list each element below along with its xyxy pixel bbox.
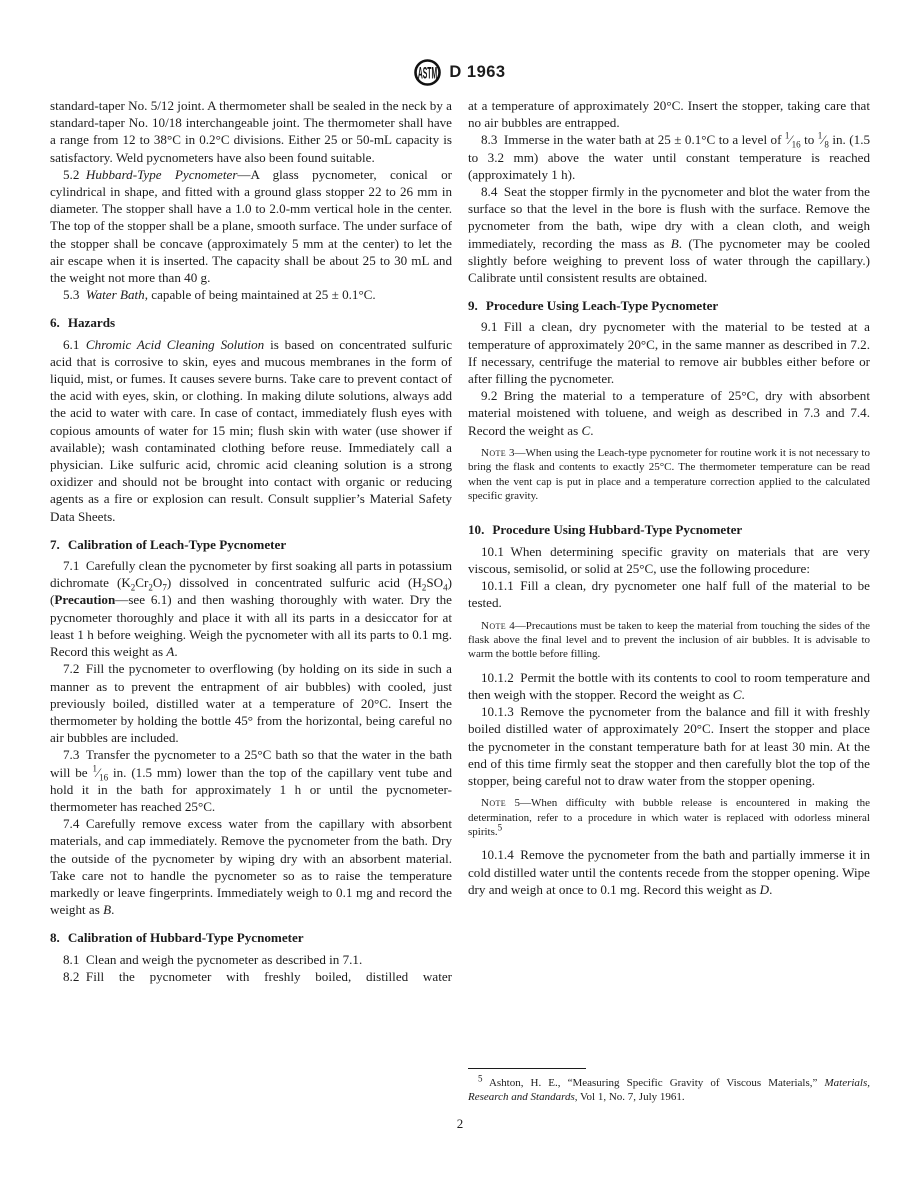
text-run: Hubbard-Type Pycnometer (86, 167, 238, 182)
page-header: ASTM D 1963 (0, 0, 920, 87)
text-run: is based on concentrated sulfuric acid t… (50, 337, 452, 524)
text-run: 16 (792, 140, 801, 150)
text-run: 9.2 Bring the material to a temperature … (468, 388, 870, 437)
text-run: Note (481, 447, 506, 459)
body-paragraph: at a temperature of approximately 20°C. … (468, 97, 870, 131)
text-run: 16 (99, 772, 108, 782)
footnote: 5 Ashton, H. E., “Measuring Specific Gra… (468, 1068, 870, 1105)
two-column-body: standard-taper No. 5/12 joint. A thermom… (0, 87, 920, 1105)
text-run: 9.1 Fill a clean, dry pycnometer with th… (468, 319, 870, 386)
text-run: 5 (498, 822, 503, 832)
text-run: 5.3 (63, 287, 86, 302)
text-run: 3—When using the Leach-type pycnometer f… (468, 447, 870, 502)
page-number: 2 (0, 1116, 920, 1132)
text-run: . (741, 687, 744, 702)
document-page: ASTM D 1963 standard-taper No. 5/12 join… (0, 0, 920, 1191)
section-heading: 10.Procedure Using Hubbard-Type Pycnomet… (468, 521, 870, 538)
section-title: Calibration of Leach-Type Pycnometer (68, 537, 286, 552)
section-heading: 8.Calibration of Hubbard-Type Pycnometer (50, 929, 452, 946)
section-heading: 9.Procedure Using Leach-Type Pycnometer (468, 297, 870, 314)
text-run: 8.1 Clean and weigh the pycnometer as de… (63, 952, 362, 967)
text-run: 10.1.3 Remove the pycnometer from the ba… (468, 704, 870, 788)
text-run: SO (426, 575, 443, 590)
section-number: 9. (468, 298, 478, 313)
text-run: 5—When difficulty with bubble release is… (468, 797, 870, 838)
text-run: Note (481, 620, 506, 632)
text-run: Water Bath (86, 287, 145, 302)
text-run: 5.2 (63, 167, 86, 182)
body-paragraph: 7.1 Carefully clean the pycnometer by fi… (50, 557, 452, 660)
body-paragraph: 10.1.2 Permit the bottle with its conten… (468, 669, 870, 703)
body-paragraph: 8.1 Clean and weigh the pycnometer as de… (50, 951, 452, 968)
body-paragraph: standard-taper No. 5/12 joint. A thermom… (50, 97, 452, 166)
section-number: 6. (50, 315, 60, 330)
text-run: standard-taper No. 5/12 joint. A thermom… (50, 98, 452, 165)
text-run: in. (1.5 mm) lower than the top of the c… (50, 765, 452, 814)
text-run: . (111, 902, 114, 917)
text-run: Ashton, H. E., “Measuring Specific Gravi… (483, 1077, 825, 1089)
section-number: 7. (50, 537, 60, 552)
body-paragraph: 8.3 Immerse in the water bath at 25 ± 0.… (468, 131, 870, 183)
text-run: to (801, 132, 818, 147)
footnote-text: 5 Ashton, H. E., “Measuring Specific Gra… (468, 1076, 870, 1105)
body-paragraph: 7.2 Fill the pycnometer to overflowing (… (50, 660, 452, 746)
text-run: , Vol 1, No. 7, July 1961. (575, 1091, 685, 1103)
text-run: 8.3 Immerse in the water bath at 25 ± 0.… (481, 132, 785, 147)
body-paragraph: 10.1 When determining specific gravity o… (468, 543, 870, 577)
body-paragraph: 8.2 Fill the pycnometer with freshly boi… (50, 968, 452, 985)
note-paragraph: Note 5—When difficulty with bubble relea… (468, 796, 870, 839)
text-run: Chromic Acid Cleaning Solution (86, 337, 264, 352)
text-run: 7.2 Fill the pycnometer to overflowing (… (50, 661, 452, 745)
text-run: . (769, 882, 772, 897)
body-paragraph: 5.2 Hubbard-Type Pycnometer—A glass pycn… (50, 166, 452, 286)
body-paragraph: 7.3 Transfer the pycnometer to a 25°C ba… (50, 746, 452, 815)
text-run: . (590, 423, 593, 438)
text-run: C (581, 423, 590, 438)
text-run: 10.1.2 Permit the bottle with its conten… (468, 670, 870, 702)
section-title: Procedure Using Leach-Type Pycnometer (486, 298, 718, 313)
body-paragraph: 9.1 Fill a clean, dry pycnometer with th… (468, 318, 870, 387)
text-run: 6.1 (63, 337, 86, 352)
text-run: 10.1.1 Fill a clean, dry pycnometer one … (468, 578, 870, 610)
body-paragraph: 7.4 Carefully remove excess water from t… (50, 815, 452, 918)
body-paragraph: 6.1 Chromic Acid Cleaning Solution is ba… (50, 336, 452, 525)
text-run: 10.1 When determining specific gravity o… (468, 544, 870, 576)
body-paragraph: 10.1.4 Remove the pycnometer from the ba… (468, 846, 870, 898)
body-paragraph: 9.2 Bring the material to a temperature … (468, 387, 870, 439)
footnote-rule (468, 1068, 586, 1069)
text-run: 10.1.4 Remove the pycnometer from the ba… (468, 847, 870, 896)
text-run: Note (481, 797, 506, 809)
section-heading: 6.Hazards (50, 314, 452, 331)
text-run: O (153, 575, 162, 590)
text-run: , capable of being maintained at 25 ± 0.… (145, 287, 376, 302)
doc-number: D 1963 (449, 63, 505, 82)
text-run: Cr (135, 575, 148, 590)
text-run: D (760, 882, 769, 897)
svg-text:ASTM: ASTM (418, 62, 437, 82)
section-number: 8. (50, 930, 60, 945)
note-paragraph: Note 4—Precautions must be taken to keep… (468, 619, 870, 662)
body-paragraph: 10.1.3 Remove the pycnometer from the ba… (468, 703, 870, 789)
section-number: 10. (468, 522, 484, 537)
section-heading: 7.Calibration of Leach-Type Pycnometer (50, 536, 452, 553)
text-run: B (671, 236, 679, 251)
section-title: Hazards (68, 315, 115, 330)
text-run: at a temperature of approximately 20°C. … (468, 98, 870, 130)
section-title: Procedure Using Hubbard-Type Pycnometer (492, 522, 742, 537)
text-run: 4—Precautions must be taken to keep the … (468, 620, 870, 661)
section-title: Calibration of Hubbard-Type Pycnometer (68, 930, 304, 945)
text-run: ) dissolved in concentrated sulfuric aci… (167, 575, 422, 590)
body-paragraph: 10.1.1 Fill a clean, dry pycnometer one … (468, 577, 870, 611)
text-run: —A glass pycnometer, conical or cylindri… (50, 167, 452, 285)
astm-logo: ASTM (414, 59, 441, 86)
text-run: 8.2 Fill the pycnometer with freshly boi… (63, 969, 452, 984)
body-paragraph: 8.4 Seat the stopper firmly in the pycno… (468, 183, 870, 286)
right-column: at a temperature of approximately 20°C. … (468, 97, 870, 1105)
text-run: Precaution (54, 592, 115, 607)
left-column: standard-taper No. 5/12 joint. A thermom… (50, 97, 452, 1105)
body-paragraph: 5.3 Water Bath, capable of being maintai… (50, 286, 452, 303)
text-run: . (174, 644, 177, 659)
text-run: B (103, 902, 111, 917)
note-paragraph: Note 3—When using the Leach-type pycnome… (468, 446, 870, 504)
